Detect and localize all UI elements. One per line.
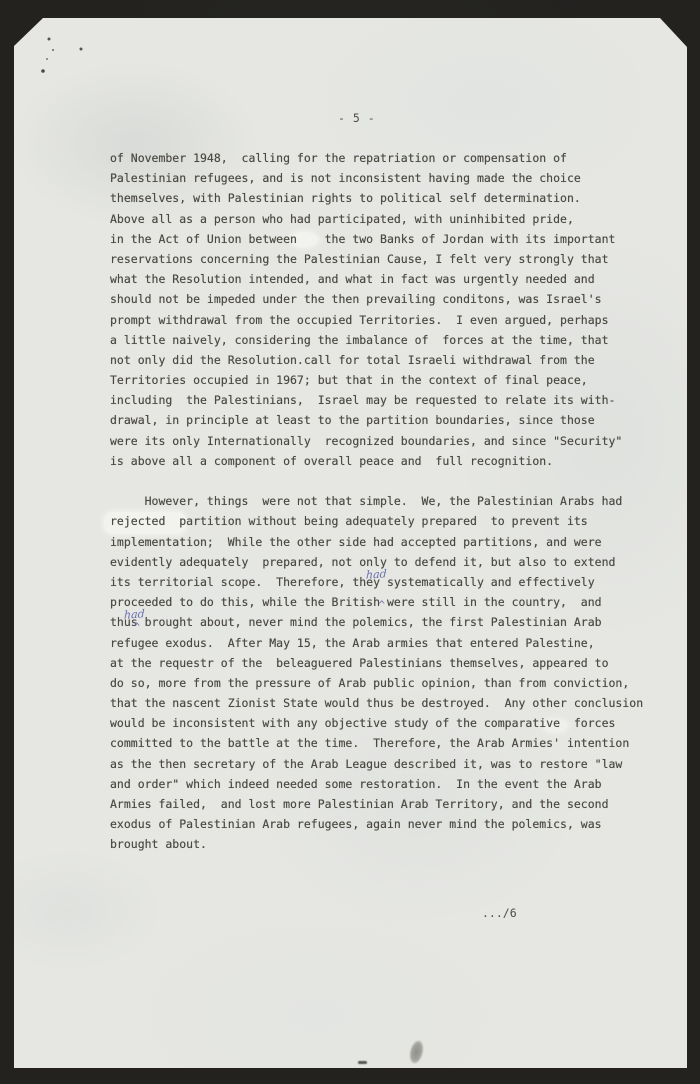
text-line: brought about. bbox=[110, 834, 670, 854]
text-line: rejected partition without being adequat… bbox=[110, 511, 670, 531]
paragraph-1: of November 1948, calling for the repatr… bbox=[110, 148, 670, 471]
text-line: thus brought about, never mind the polem… bbox=[110, 612, 670, 632]
text-line: a little naively, considering the imbala… bbox=[110, 330, 670, 350]
text-line: that the nascent Zionist State would thu… bbox=[110, 693, 670, 713]
handwritten-insertion-had-1: had bbox=[366, 568, 387, 580]
handwritten-insertion-had-2: had bbox=[124, 608, 145, 620]
bottom-smudge-dash bbox=[358, 1061, 367, 1064]
scan-background: - 5 - of November 1948, calling for the … bbox=[0, 0, 700, 1084]
text-line: were its only Internationally recognized… bbox=[110, 431, 670, 451]
text-line: do so, more from the pressure of Arab pu… bbox=[110, 673, 670, 693]
text-line: prompt withdrawal from the occupied Terr… bbox=[110, 310, 670, 330]
text-line: evidently adequately prepared, not only … bbox=[110, 552, 670, 572]
body-text: of November 1948, calling for the repatr… bbox=[110, 148, 670, 855]
insertion-caret-2: ^ bbox=[133, 623, 141, 634]
text-line: Above all as a person who had participat… bbox=[110, 209, 670, 229]
text-line: and order" which indeed needed some rest… bbox=[110, 774, 670, 794]
text-line: is above all a component of overall peac… bbox=[110, 451, 670, 471]
page-footer-reference: .../6 bbox=[482, 903, 517, 923]
text-line: in the Act of Union between the two Bank… bbox=[110, 229, 670, 249]
text-line: what the Resolution intended, and what i… bbox=[110, 269, 670, 289]
text-line: should not be impeded under the then pre… bbox=[110, 289, 670, 309]
insertion-caret-1: ^ bbox=[378, 601, 386, 612]
text-line: drawal, in principle at least to the par… bbox=[110, 410, 670, 430]
text-line: proceeded to do this, while the British … bbox=[110, 592, 670, 612]
text-line: its territorial scope. Therefore, they s… bbox=[110, 572, 670, 592]
text-line: of November 1948, calling for the repatr… bbox=[110, 148, 670, 168]
paragraph-2: However, things were not that simple. We… bbox=[110, 491, 670, 854]
page-number: - 5 - bbox=[338, 108, 375, 128]
ink-specks bbox=[14, 18, 16, 20]
text-line: Palestinian refugees, and is not inconsi… bbox=[110, 168, 670, 188]
text-line: exodus of Palestinian Arab refugees, aga… bbox=[110, 814, 670, 834]
document-page: - 5 - of November 1948, calling for the … bbox=[14, 18, 687, 1068]
text-line: Territories occupied in 1967; but that i… bbox=[110, 370, 670, 390]
text-line: not only did the Resolution.call for tot… bbox=[110, 350, 670, 370]
text-line: reservations concerning the Palestinian … bbox=[110, 249, 670, 269]
text-line: refugee exodus. After May 15, the Arab a… bbox=[110, 633, 670, 653]
text-line: However, things were not that simple. We… bbox=[110, 491, 670, 511]
text-line: at the requestr of the beleaguered Pales… bbox=[110, 653, 670, 673]
text-line: would be inconsistent with any objective… bbox=[110, 713, 670, 733]
text-line: committed to the battle at the time. The… bbox=[110, 733, 670, 753]
text-line: implementation; While the other side had… bbox=[110, 532, 670, 552]
text-line: Armies failed, and lost more Palestinian… bbox=[110, 794, 670, 814]
text-line: including the Palestinians, Israel may b… bbox=[110, 390, 670, 410]
text-line: themselves, with Palestinian rights to p… bbox=[110, 188, 670, 208]
text-line: as the then secretary of the Arab League… bbox=[110, 754, 670, 774]
